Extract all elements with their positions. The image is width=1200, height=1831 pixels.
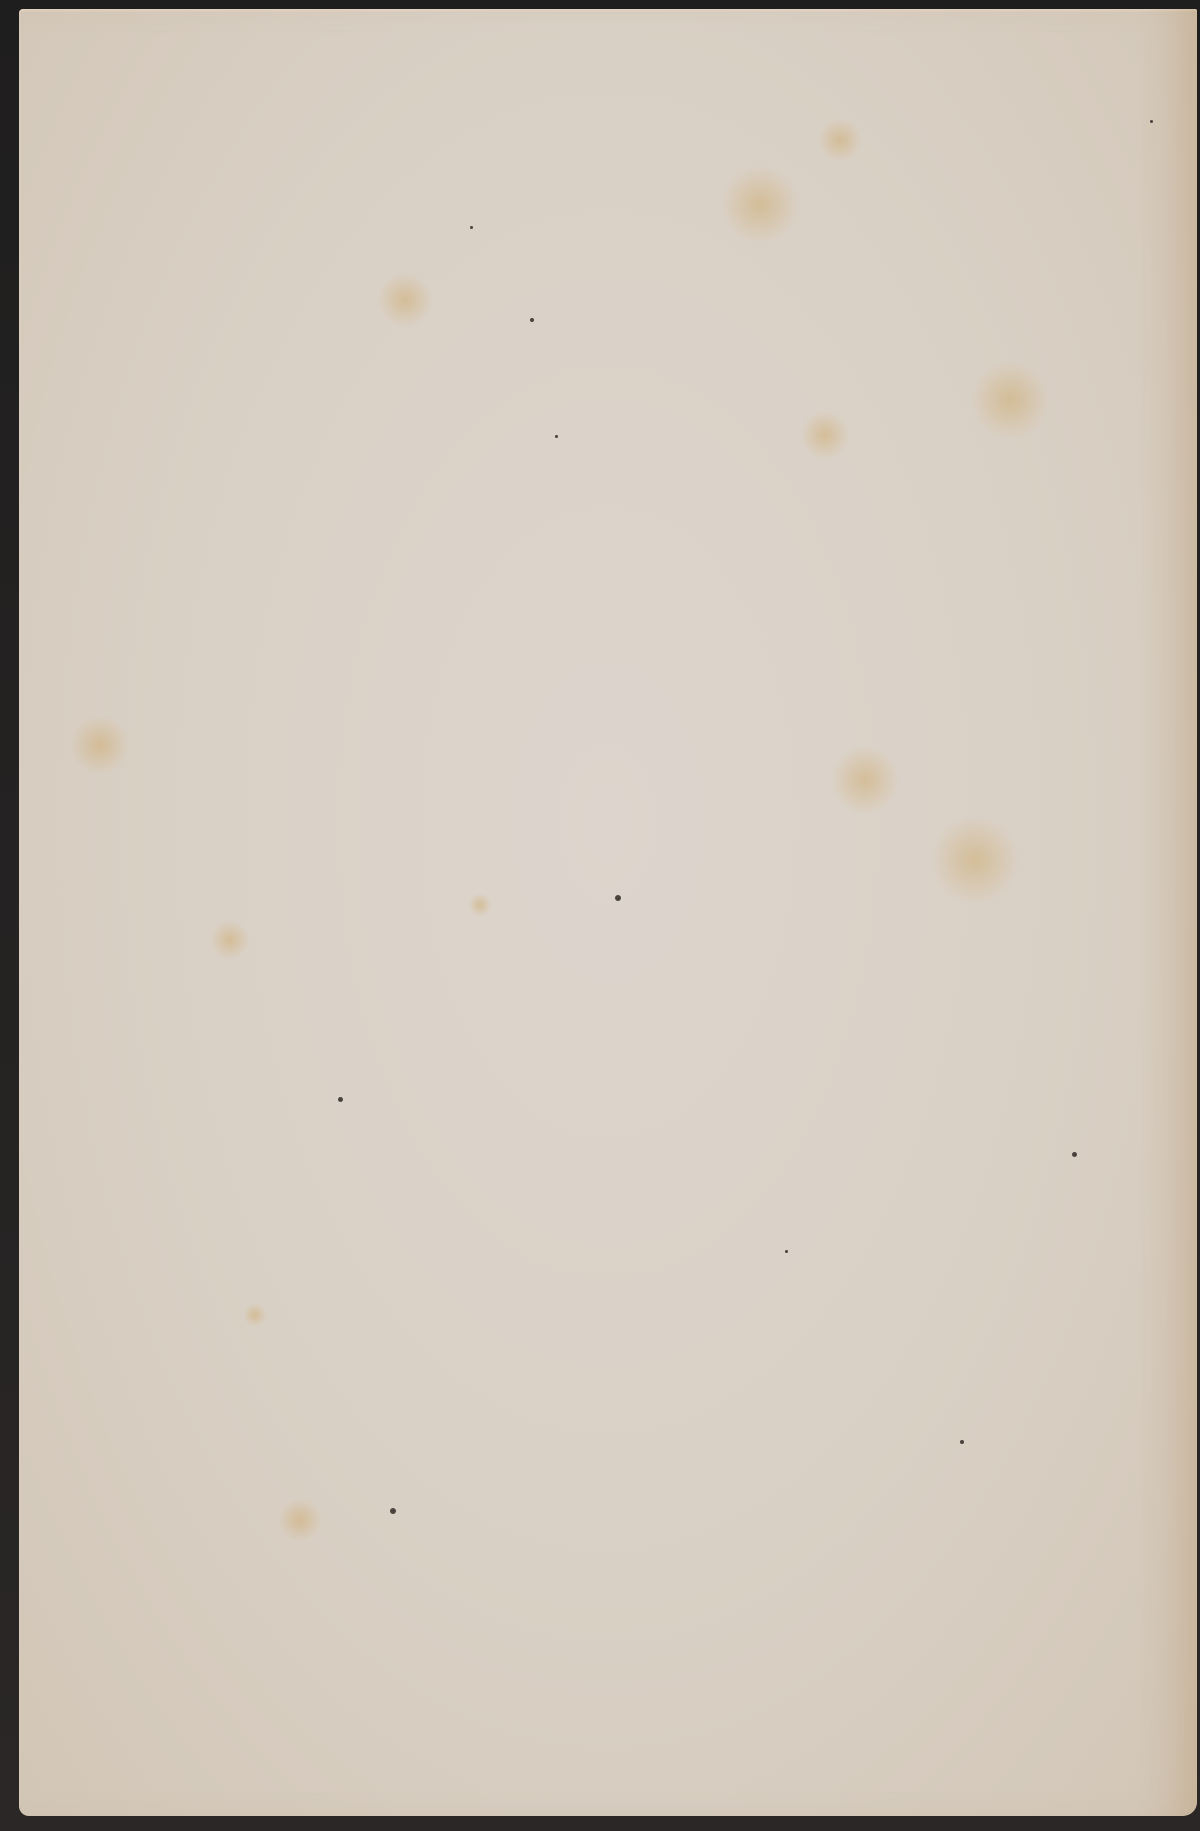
foxing-stain xyxy=(468,893,492,917)
foxing-stain xyxy=(970,360,1050,440)
dust-speck xyxy=(338,1097,343,1102)
dust-speck xyxy=(615,895,621,901)
foxing-stain xyxy=(720,165,800,245)
page-edge-shading xyxy=(1137,9,1197,1816)
dust-speck xyxy=(470,226,473,229)
foxing-stain xyxy=(377,272,433,328)
dust-speck xyxy=(555,435,558,438)
dust-speck xyxy=(390,1508,396,1514)
foxing-stain xyxy=(70,715,130,775)
dust-speck xyxy=(530,318,534,322)
foxing-stain xyxy=(243,1303,267,1327)
dust-speck xyxy=(960,1440,964,1444)
dust-speck xyxy=(785,1250,788,1253)
foxing-stain xyxy=(278,1498,322,1542)
foxing-stain xyxy=(930,815,1020,905)
dust-speck xyxy=(1072,1152,1077,1157)
foxing-stain xyxy=(800,410,850,460)
dust-speck xyxy=(1150,120,1153,123)
foxing-stain xyxy=(830,745,900,815)
foxing-stain xyxy=(210,920,250,960)
foxing-stain xyxy=(818,118,862,162)
blank-paper-page xyxy=(19,9,1197,1816)
